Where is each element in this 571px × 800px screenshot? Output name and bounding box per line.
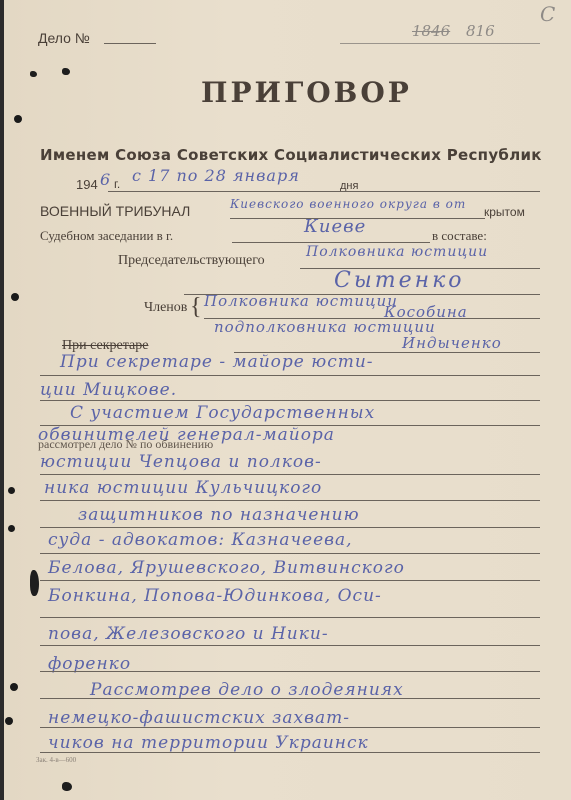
date-year-hand: 6	[100, 170, 111, 189]
punch-hole	[14, 115, 22, 123]
archive-number: 816	[466, 22, 495, 40]
hand-line: юстиции Чепцова и полков-	[40, 452, 322, 472]
ruled-line	[40, 527, 540, 528]
ruled-line	[40, 698, 540, 699]
hand-line: ника юстиции Кульчицкого	[44, 478, 322, 498]
printed-case-line: рассмотрел дело № по обвинению	[38, 437, 213, 452]
hand-line: Рассмотрев дело о злодеяниях	[90, 680, 404, 700]
punch-hole	[8, 487, 15, 494]
ruled-line	[40, 553, 540, 554]
session-city-hand: Киеве	[304, 216, 366, 237]
corner-mark: С	[540, 2, 555, 26]
session-label: Судебном заседании в г.	[40, 228, 173, 244]
hand-line: С участием Государственных	[70, 403, 375, 423]
hand-line: Белова, Ярушевского, Витвинского	[48, 558, 405, 578]
members-hand-1: Полковника юстиции	[204, 292, 398, 310]
case-number-line	[104, 43, 156, 44]
punch-hole	[8, 525, 15, 532]
hand-line: ции Мицкове.	[40, 380, 177, 400]
verdict-document-page: Дело № 1846 816 С ПРИГОВОР Именем Союза …	[4, 0, 571, 800]
hand-line: немецко-фашистских захват-	[48, 708, 350, 728]
tribunal-hand: Киевского военного округа в от	[230, 197, 466, 211]
ruled-line	[40, 645, 540, 646]
hand-line: защитников по назначению	[78, 505, 360, 525]
members-label: Членов	[144, 300, 187, 316]
header-line: Именем Союза Советских Социалистических …	[40, 146, 542, 164]
tribunal-suffix: крытом	[484, 205, 525, 219]
punch-hole	[11, 293, 19, 301]
hand-line: пова, Железовского и Ники-	[48, 624, 329, 644]
ruled-line	[40, 617, 540, 618]
date-prefix: 194	[76, 177, 98, 192]
ink-blot	[30, 570, 39, 596]
chair-hand-1: Полковника юстиции	[306, 244, 488, 260]
ruled-line	[40, 752, 540, 753]
hand-line: Бонкина, Попова-Юдинкова, Оси-	[48, 586, 382, 606]
ruled-line	[40, 375, 540, 376]
hand-line: суда - адвокатов: Казначеева,	[48, 530, 353, 550]
chair-label: Председательствующего	[118, 253, 265, 269]
ruled-line	[40, 727, 540, 728]
date-hand: с 17 по 28 января	[132, 166, 300, 185]
date-line	[108, 191, 540, 192]
tribunal-label: ВОЕННЫЙ ТРИБУНАЛ	[40, 203, 190, 219]
secretary-hand-end: Индыченко	[402, 334, 502, 352]
chair-hand-2: Сытенко	[334, 268, 465, 293]
ruled-line	[40, 671, 540, 672]
ruled-line	[40, 400, 540, 401]
session-suffix: в составе:	[432, 228, 487, 244]
hand-line: При секретаре - майоре юсти-	[60, 352, 374, 372]
ink-blot	[62, 782, 72, 791]
case-number-label: Дело №	[38, 30, 90, 46]
ruled-line	[40, 580, 540, 581]
ruled-line	[40, 500, 540, 501]
ink-blot	[62, 68, 70, 75]
members-brace: {	[190, 294, 202, 321]
ink-blot	[30, 71, 37, 77]
punch-hole	[5, 717, 13, 725]
ruled-line	[40, 474, 540, 475]
archive-number-line	[340, 43, 540, 44]
archive-number-struck: 1846	[412, 22, 450, 40]
punch-hole	[10, 683, 18, 691]
hand-line: чиков на территории Украинск	[48, 733, 369, 753]
session-line	[232, 242, 430, 243]
date-g: г.	[114, 177, 120, 191]
printer-mark: Зак. 4-в—600	[36, 756, 76, 764]
document-title: ПРИГОВОР	[201, 76, 412, 109]
